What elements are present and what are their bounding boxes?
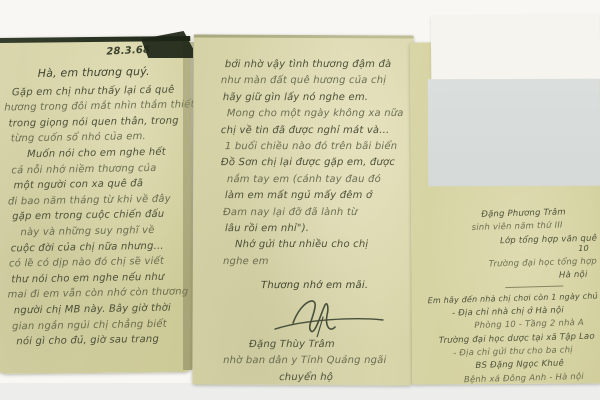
letter-line: 1 buổi chiều nào đó trên bãi biển	[225, 139, 405, 156]
letter-line: đi bao năm tháng từ khi về đây	[8, 191, 186, 210]
page-corner-shadow	[141, 31, 193, 58]
letter-line: nắm tay em (cánh tay đau đó	[227, 172, 405, 189]
letter-line: hương trong đôi mắt nhìn thắm thiết	[4, 98, 184, 117]
letter-line: này và những suy nghĩ về	[20, 222, 186, 240]
letter-line: lâu rồi em nhỉ").	[225, 221, 405, 238]
letter-line: làm em mất ngủ mấy đêm ở	[225, 188, 405, 205]
letter-line: mai đi em vẫn còn nhớ còn thương	[7, 285, 187, 304]
page-3-body: Đặng Phương Trâm sinh viên năm thứ III L…	[419, 206, 600, 389]
letter-line: cả nỗi nhớ niềm thương của	[11, 160, 185, 179]
sender-name: Đặng Thùy Trâm	[249, 337, 405, 354]
page-top-edge	[194, 35, 414, 39]
letter-date: 28.3.68	[106, 45, 150, 58]
letter-line: chị về tin đã được nghỉ mát và...	[221, 123, 405, 140]
letter-line: Mong cho một ngày không xa nữa	[227, 106, 405, 123]
sender-note: chuyển hộ	[279, 369, 405, 386]
page-2-body: bởi nhờ vậy tình thương đậm đà như màn đ…	[219, 57, 405, 386]
letter-line: Nhớ gửi thư nhiều cho chị	[235, 237, 405, 254]
letter-line: như màn đất quê hương của chị	[221, 73, 405, 90]
divider-line	[505, 286, 563, 289]
page-1-body: Hà, em thương quý. Gặp em chị như thấy l…	[2, 63, 189, 350]
letter-line: bởi nhờ vậy tình thương đậm đà	[225, 57, 405, 74]
letter-line: hãy giữ gìn lấy nó nghe em.	[223, 90, 405, 107]
overlapping-white-sheet	[431, 14, 600, 81]
overlapping-gray-sheet	[428, 79, 600, 187]
letter-line: Đồ Sơn chị lại được gặp em, được	[221, 155, 405, 172]
letter-line: nói gì cho đủ, giờ sau trang	[16, 331, 188, 350]
recipient-city: Hà nội	[559, 269, 597, 283]
letter-line: có lẽ có dịp nào đó chị sẽ viết	[9, 253, 187, 272]
letter-line: gian ngắn ngủi chị chẳng biết	[12, 316, 188, 335]
letter-greeting: Hà, em thương quý.	[38, 63, 184, 81]
signature-flourish	[271, 293, 405, 337]
letter-scan: 28.3.68 Hà, em thương quý. Gặp em chị nh…	[0, 0, 600, 400]
letter-page-1: 28.3.68 Hà, em thương quý. Gặp em chị nh…	[0, 36, 194, 374]
letter-line: nghe em	[223, 254, 405, 271]
letter-line: từng cuốn sổ nhỏ của em.	[11, 129, 185, 148]
sender-note: nhờ ban dân y Tỉnh Quảng ngãi	[223, 353, 405, 370]
letter-page-2: bởi nhờ vậy tình thương đậm đà như màn đ…	[192, 35, 414, 386]
letter-line: Đam nay lại đỡ đã lành từ	[223, 205, 405, 222]
